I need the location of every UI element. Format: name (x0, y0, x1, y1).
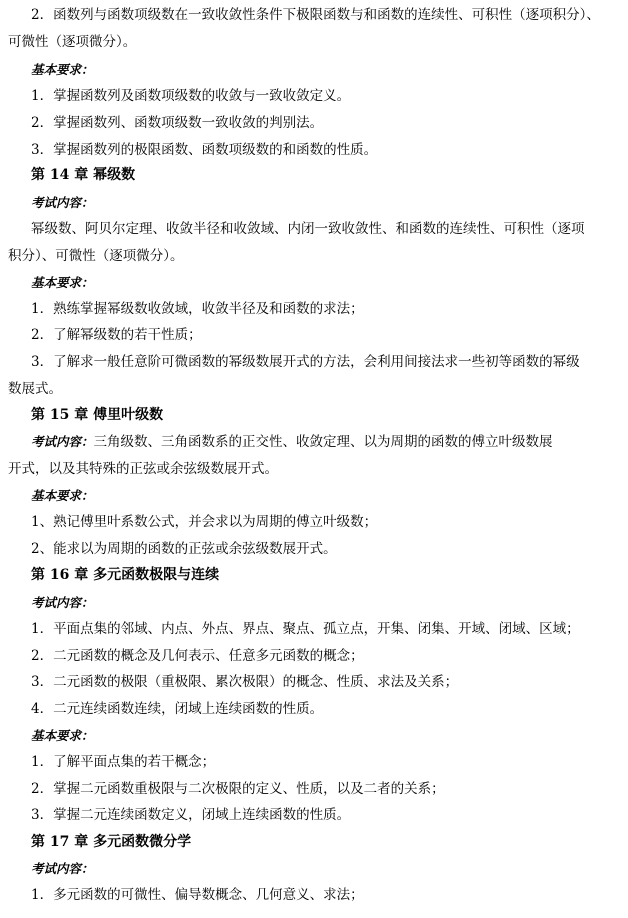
text-line: 2、能求以为周期的函数的正弦或余弦级数展开式。 (0, 539, 628, 559)
text-line: 3．掌握二元连续函数定义，闭域上连续函数的性质。 (0, 805, 628, 825)
exam-content-label: 考试内容： (31, 434, 94, 449)
text-line: 1、熟记傅里叶系数公式，并会求以为周期的傅立叶级数； (0, 512, 628, 532)
section-label: 考试内容： (0, 859, 628, 879)
text-line: 3．二元函数的极限（重极限、累次极限）的概念、性质、求法及关系； (0, 672, 628, 692)
section-label: 基本要求： (0, 273, 628, 293)
text-line: 积分）、可微性（逐项微分）。 (0, 246, 628, 266)
document-page: 2．函数列与函数项级数在一致收敛性条件下极限函数与和函数的连续性、可积性（逐项积… (0, 0, 628, 918)
text-line: 2．函数列与函数项级数在一致收敛性条件下极限函数与和函数的连续性、可积性（逐项积… (0, 5, 628, 25)
text-line: 2．二元函数的概念及几何表示、任意多元函数的概念； (0, 646, 628, 666)
ch15-exam-content-line: 考试内容：三角级数、三角函数系的正交性、收敛定理、以为周期的函数的傅立叶级数展 (0, 432, 628, 452)
chapter-heading: 第 16 章 多元函数极限与连续 (0, 565, 628, 585)
chapter-heading: 第 14 章 幂级数 (0, 165, 628, 185)
text-line: 2．了解幂级数的若干性质； (0, 325, 628, 345)
chapter-heading: 第 17 章 多元函数微分学 (0, 832, 628, 852)
text-line: 2．掌握二元函数重极限与二次极限的定义、性质，以及二者的关系； (0, 779, 628, 799)
text-line: 3．了解求一般任意阶可微函数的幂级数展开式的方法，会利用间接法求一些初等函数的幂… (0, 352, 628, 372)
text-line: 1．平面点集的邻域、内点、外点、界点、聚点、孤立点，开集、闭集、开域、闭域、区域… (0, 619, 628, 639)
chapter-heading: 第 15 章 傅里叶级数 (0, 405, 628, 425)
text-line: 4．二元连续函数连续，闭域上连续函数的性质。 (0, 699, 628, 719)
section-label: 考试内容： (0, 193, 628, 213)
section-label: 考试内容： (0, 593, 628, 613)
text-line: 3．掌握函数列的极限函数、函数项级数的和函数的性质。 (0, 140, 628, 160)
text-line: 1．多元函数的可微性、偏导数概念、几何意义、求法； (0, 885, 628, 905)
text-line: 数展式。 (0, 379, 628, 399)
text-line: 1．了解平面点集的若干概念； (0, 752, 628, 772)
text-line: 幂级数、阿贝尔定理、收敛半径和收敛域、内闭一致收敛性、和函数的连续性、可积性（逐… (0, 219, 628, 239)
section-label: 基本要求： (0, 486, 628, 506)
section-label: 基本要求： (0, 60, 628, 80)
text-line: 2．掌握函数列、函数项级数一致收敛的判别法。 (0, 113, 628, 133)
text-line: 1．掌握函数列及函数项级数的收敛与一致收敛定义。 (0, 86, 628, 106)
text-line: 开式，以及其特殊的正弦或余弦级数展开式。 (0, 459, 628, 479)
exam-content-text: 三角级数、三角函数系的正交性、收敛定理、以为周期的函数的傅立叶级数展 (94, 434, 553, 450)
text-line: 1．熟练掌握幂级数收敛域，收敛半径及和函数的求法； (0, 299, 628, 319)
section-label: 基本要求： (0, 726, 628, 746)
text-line: 可微性（逐项微分）。 (0, 32, 628, 52)
